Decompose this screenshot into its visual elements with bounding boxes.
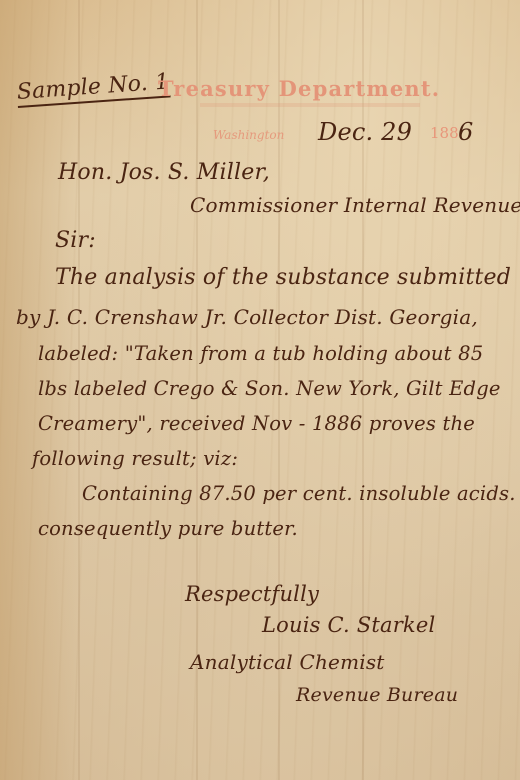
salutation: Sir: <box>55 228 96 253</box>
body-line: The analysis of the substance submitted <box>55 265 511 290</box>
body-line: lbs labeled Crego & Son. New York, Gilt … <box>38 377 501 400</box>
letter-date: Dec. 29 <box>318 118 412 146</box>
body-line: consequently pure butter. <box>38 517 298 540</box>
signature: Louis C. Starkel <box>262 613 435 637</box>
letter-year-digit: 6 <box>458 118 473 146</box>
letterhead-place: Washington <box>213 128 284 142</box>
body-line: labeled: "Taken from a tub holding about… <box>38 342 483 365</box>
valediction: Respectfully <box>185 582 319 606</box>
body-line: by J. C. Crenshaw Jr. Collector Dist. Ge… <box>16 305 478 329</box>
letter-page: Sample No. 1 Treasury Department. Washin… <box>0 0 520 780</box>
body-line: Creamery", received Nov - 1886 proves th… <box>38 412 475 435</box>
letterhead-year-printed: 188 <box>430 124 459 142</box>
body-line: following result; viz: <box>32 447 238 470</box>
signer-role: Analytical Chemist <box>190 650 385 674</box>
letterhead-subheading-faded <box>200 103 420 107</box>
addressee-title: Commissioner Internal Revenue <box>190 193 520 217</box>
body-line: Containing 87.50 per cent. insoluble aci… <box>82 482 516 505</box>
addressee-name: Hon. Jos. S. Miller, <box>58 160 270 185</box>
letterhead-title: Treasury Department. <box>158 76 440 101</box>
signer-bureau: Revenue Bureau <box>296 684 458 706</box>
